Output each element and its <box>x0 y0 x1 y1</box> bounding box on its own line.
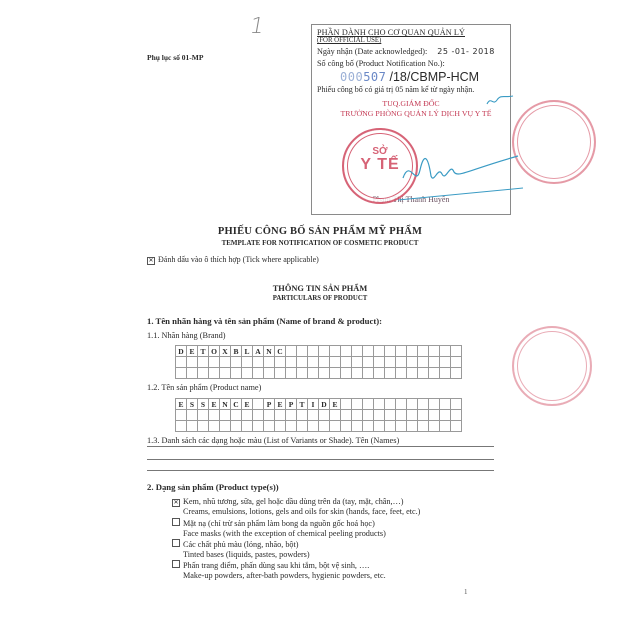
grid-cell[interactable] <box>396 399 407 410</box>
grid-cell[interactable] <box>253 399 264 410</box>
grid-cell[interactable] <box>341 357 352 368</box>
option-en: Face masks (with the exception of chemic… <box>172 529 386 539</box>
grid-cell[interactable]: D <box>319 399 330 410</box>
option-vi: Mặt nạ (chỉ trừ sản phẩm làm bong da ngu… <box>183 519 375 528</box>
grid-cell[interactable]: E <box>176 399 187 410</box>
grid-cell[interactable] <box>407 357 418 368</box>
grid-cell[interactable] <box>451 368 462 379</box>
grid-cell[interactable] <box>418 357 429 368</box>
grid-cell[interactable] <box>275 357 286 368</box>
date-row: Ngày nhận (Date acknowledged):25 -01- 20… <box>317 47 505 56</box>
date-value: 25 -01- 2018 <box>437 47 495 56</box>
section1-heading: 1. Tên nhãn hàng và tên sản phẩm (Name o… <box>147 316 382 326</box>
product-name-char-grid[interactable]: ESSENCEPEPTIDE <box>175 398 462 432</box>
grid-cell[interactable] <box>297 421 308 432</box>
brand-label: 1.1. Nhãn hàng (Brand) <box>147 331 226 340</box>
grid-cell[interactable] <box>253 368 264 379</box>
grid-cell[interactable] <box>352 399 363 410</box>
grid-cell[interactable]: S <box>198 399 209 410</box>
grid-cell[interactable] <box>418 410 429 421</box>
product-type-option: Phấn trang điểm, phấn dùng sau khi tắm, … <box>172 560 386 581</box>
grid-cell[interactable] <box>396 368 407 379</box>
grid-cell[interactable]: E <box>275 399 286 410</box>
grid-cell[interactable] <box>253 421 264 432</box>
grid-cell[interactable] <box>374 410 385 421</box>
grid-cell[interactable]: N <box>220 399 231 410</box>
grid-cell[interactable] <box>209 357 220 368</box>
grid-cell[interactable]: E <box>187 346 198 357</box>
grid-cell[interactable] <box>341 346 352 357</box>
grid-cell[interactable] <box>264 368 275 379</box>
grid-cell[interactable] <box>374 346 385 357</box>
grid-cell[interactable] <box>440 410 451 421</box>
grid-cell[interactable] <box>220 357 231 368</box>
grid-cell[interactable] <box>242 410 253 421</box>
grid-cell[interactable] <box>319 421 330 432</box>
grid-cell[interactable] <box>231 421 242 432</box>
grid-cell[interactable] <box>275 421 286 432</box>
variants-line-1[interactable] <box>147 446 494 447</box>
grid-cell[interactable]: D <box>176 346 187 357</box>
grid-cell[interactable] <box>363 399 374 410</box>
grid-cell[interactable] <box>363 368 374 379</box>
grid-cell[interactable] <box>253 410 264 421</box>
grid-cell[interactable] <box>418 399 429 410</box>
grid-cell[interactable] <box>264 357 275 368</box>
grid-cell[interactable] <box>440 346 451 357</box>
grid-cell[interactable] <box>187 421 198 432</box>
grid-cell[interactable] <box>286 410 297 421</box>
checked-box-icon[interactable]: ✕ <box>172 499 180 507</box>
grid-cell[interactable]: P <box>264 399 275 410</box>
date-label: Ngày nhận (Date acknowledged): <box>317 47 427 56</box>
grid-cell[interactable] <box>451 399 462 410</box>
grid-cell[interactable] <box>385 368 396 379</box>
grid-cell[interactable] <box>352 410 363 421</box>
checkbox-icon[interactable] <box>172 560 180 568</box>
edge-seal-stamp-middle <box>512 326 592 406</box>
grid-cell[interactable] <box>330 368 341 379</box>
grid-cell[interactable] <box>264 421 275 432</box>
initials-icon <box>485 94 515 108</box>
grid-cell[interactable] <box>209 368 220 379</box>
grid-cell[interactable] <box>220 410 231 421</box>
grid-cell[interactable] <box>198 368 209 379</box>
grid-cell[interactable] <box>385 399 396 410</box>
annex-label: Phụ lục số 01-MP <box>147 53 203 62</box>
grid-cell[interactable]: C <box>231 399 242 410</box>
grid-cell[interactable] <box>330 346 341 357</box>
notification-digits: 507 <box>363 70 386 84</box>
grid-cell[interactable] <box>341 399 352 410</box>
grid-cell[interactable] <box>187 410 198 421</box>
grid-cell[interactable] <box>352 357 363 368</box>
grid-cell[interactable] <box>220 421 231 432</box>
signer-title: TUQ.GIÁM ĐỐC <box>317 100 505 109</box>
document-subtitle: TEMPLATE FOR NOTIFICATION OF COSMETIC PR… <box>0 239 640 247</box>
grid-cell[interactable] <box>352 421 363 432</box>
grid-cell[interactable] <box>363 357 374 368</box>
grid-cell[interactable] <box>440 399 451 410</box>
grid-cell[interactable] <box>374 399 385 410</box>
grid-cell[interactable] <box>231 357 242 368</box>
document-title: PHIẾU CÔNG BỐ SẢN PHẨM MỸ PHẨM <box>0 226 640 237</box>
product-type-option: Mặt nạ (chỉ trừ sản phẩm làm bong da ngu… <box>172 518 386 539</box>
grid-cell[interactable] <box>297 346 308 357</box>
grid-cell[interactable] <box>242 357 253 368</box>
option-vi: Các chất phủ màu (lỏng, nhão, bột) <box>183 540 299 549</box>
grid-cell[interactable] <box>297 410 308 421</box>
grid-cell[interactable] <box>451 410 462 421</box>
grid-cell[interactable] <box>429 357 440 368</box>
grid-cell[interactable] <box>451 357 462 368</box>
grid-cell[interactable] <box>209 410 220 421</box>
grid-cell[interactable] <box>297 368 308 379</box>
grid-cell[interactable] <box>363 421 374 432</box>
grid-cell[interactable] <box>308 357 319 368</box>
page-number: 1 <box>464 588 468 596</box>
grid-cell[interactable] <box>231 410 242 421</box>
grid-cell[interactable]: T <box>198 346 209 357</box>
grid-cell[interactable] <box>176 368 187 379</box>
grid-cell[interactable] <box>198 410 209 421</box>
grid-cell[interactable]: I <box>308 399 319 410</box>
grid-cell[interactable] <box>187 357 198 368</box>
grid-cell[interactable] <box>297 357 308 368</box>
grid-cell[interactable] <box>440 357 451 368</box>
official-box-subtitle: (FOR OFFICIAL USE) <box>317 37 505 45</box>
grid-cell[interactable] <box>407 410 418 421</box>
grid-cell[interactable] <box>319 346 330 357</box>
variants-line-2[interactable] <box>147 459 494 460</box>
grid-cell[interactable]: L <box>242 346 253 357</box>
grid-cell[interactable] <box>176 410 187 421</box>
option-en: Creams, emulsions, lotions, gels and oil… <box>172 507 420 517</box>
signature-icon <box>398 148 528 208</box>
grid-cell[interactable]: A <box>253 346 264 357</box>
grid-cell[interactable] <box>253 357 264 368</box>
grid-cell[interactable] <box>187 368 198 379</box>
notification-prefix: 000 <box>340 70 363 84</box>
checkbox-icon[interactable] <box>172 539 180 547</box>
grid-cell[interactable]: E <box>209 399 220 410</box>
grid-cell[interactable] <box>308 410 319 421</box>
grid-cell[interactable] <box>176 357 187 368</box>
grid-cell[interactable] <box>341 368 352 379</box>
grid-cell[interactable] <box>396 346 407 357</box>
grid-cell[interactable] <box>451 421 462 432</box>
grid-cell[interactable]: X <box>220 346 231 357</box>
tick-note-text: Đánh dấu vào ô thích hợp (Tick where app… <box>158 255 319 264</box>
grid-cell[interactable] <box>231 368 242 379</box>
checkbox-icon[interactable] <box>172 518 180 526</box>
grid-cell[interactable]: C <box>275 346 286 357</box>
grid-cell[interactable] <box>429 421 440 432</box>
brand-char-grid[interactable]: DETOXBLANC <box>175 345 462 379</box>
product-name-label: 1.2. Tên sản phẩm (Product name) <box>147 383 261 392</box>
grid-cell[interactable] <box>275 410 286 421</box>
grid-cell[interactable] <box>264 410 275 421</box>
grid-cell[interactable] <box>286 368 297 379</box>
notification-suffix: /18/CBMP-HCM <box>390 70 480 84</box>
grid-cell[interactable] <box>396 410 407 421</box>
grid-cell[interactable] <box>407 421 418 432</box>
grid-cell[interactable] <box>352 346 363 357</box>
notification-label: Số công bố (Product Notification No.): <box>317 59 505 68</box>
grid-cell[interactable]: E <box>330 399 341 410</box>
grid-cell[interactable] <box>209 421 220 432</box>
grid-cell[interactable] <box>286 346 297 357</box>
option-en: Make-up powders, after-bath powders, hyg… <box>172 571 386 581</box>
grid-cell[interactable] <box>330 421 341 432</box>
grid-cell[interactable] <box>396 421 407 432</box>
grid-cell[interactable] <box>330 410 341 421</box>
product-type-option: ✕Kem, nhũ tương, sữa, gel hoặc dầu dùng … <box>172 497 420 517</box>
grid-cell[interactable] <box>451 346 462 357</box>
handwritten-page-mark: 1 <box>248 14 266 39</box>
signer-organization: TRƯỞNG PHÒNG QUẢN LÝ DỊCH VỤ Y TẾ <box>317 110 505 119</box>
variants-label: 1.3. Danh sách các dạng hoặc màu (List o… <box>147 436 399 445</box>
grid-cell[interactable] <box>407 399 418 410</box>
grid-cell[interactable] <box>440 421 451 432</box>
grid-cell[interactable] <box>374 368 385 379</box>
grid-cell[interactable]: E <box>242 399 253 410</box>
grid-cell[interactable] <box>385 421 396 432</box>
grid-cell[interactable] <box>363 410 374 421</box>
grid-cell[interactable]: N <box>264 346 275 357</box>
grid-cell[interactable] <box>429 410 440 421</box>
grid-cell[interactable] <box>275 368 286 379</box>
option-en: Tinted bases (liquids, pastes, powders) <box>172 550 310 560</box>
grid-cell[interactable] <box>429 399 440 410</box>
grid-cell[interactable] <box>385 410 396 421</box>
checked-box-icon: ✕ <box>147 257 155 265</box>
grid-cell[interactable]: T <box>297 399 308 410</box>
section2-heading: 2. Dạng sản phẩm (Product type(s)) <box>147 482 279 492</box>
grid-cell[interactable] <box>385 357 396 368</box>
grid-cell[interactable] <box>242 368 253 379</box>
grid-cell[interactable] <box>418 368 429 379</box>
grid-cell[interactable] <box>396 357 407 368</box>
grid-cell[interactable] <box>407 368 418 379</box>
grid-cell[interactable] <box>242 421 253 432</box>
grid-cell[interactable] <box>308 368 319 379</box>
grid-cell[interactable] <box>363 346 374 357</box>
validity-note: Phiếu công bố có giá trị 05 năm kể từ ng… <box>317 85 505 94</box>
notification-number: 000507 /18/CBMP-HCM <box>340 70 505 85</box>
grid-cell[interactable] <box>286 421 297 432</box>
grid-cell[interactable] <box>319 410 330 421</box>
grid-cell[interactable]: S <box>187 399 198 410</box>
grid-cell[interactable] <box>429 346 440 357</box>
grid-cell[interactable] <box>385 346 396 357</box>
grid-cell[interactable]: B <box>231 346 242 357</box>
grid-cell[interactable] <box>308 421 319 432</box>
option-vi: Phấn trang điểm, phấn dùng sau khi tắm, … <box>183 561 369 570</box>
product-type-option: Các chất phủ màu (lỏng, nhão, bột)Tinted… <box>172 539 310 560</box>
variants-line-3[interactable] <box>147 470 494 471</box>
grid-cell[interactable] <box>407 346 418 357</box>
grid-cell[interactable] <box>308 346 319 357</box>
option-vi: Kem, nhũ tương, sữa, gel hoặc dầu dùng t… <box>183 497 403 506</box>
grid-cell[interactable] <box>341 421 352 432</box>
grid-cell[interactable] <box>319 357 330 368</box>
grid-cell[interactable] <box>352 368 363 379</box>
section-title: THÔNG TIN SẢN PHẨM <box>0 284 640 293</box>
grid-cell[interactable] <box>429 368 440 379</box>
grid-cell[interactable] <box>418 421 429 432</box>
tick-note: ✕Đánh dấu vào ô thích hợp (Tick where ap… <box>147 255 319 265</box>
grid-cell[interactable] <box>319 368 330 379</box>
section-subtitle: PARTICULARS OF PRODUCT <box>0 295 640 302</box>
official-box-title: PHẦN DÀNH CHO CƠ QUAN QUẢN LÝ <box>317 28 505 37</box>
grid-cell[interactable] <box>418 346 429 357</box>
grid-cell[interactable] <box>286 357 297 368</box>
grid-cell[interactable] <box>374 357 385 368</box>
grid-cell[interactable] <box>220 368 231 379</box>
grid-cell[interactable] <box>198 421 209 432</box>
grid-cell[interactable] <box>176 421 187 432</box>
grid-cell[interactable] <box>330 357 341 368</box>
grid-cell[interactable] <box>198 357 209 368</box>
grid-cell[interactable]: P <box>286 399 297 410</box>
grid-cell[interactable]: O <box>209 346 220 357</box>
grid-cell[interactable] <box>374 421 385 432</box>
grid-cell[interactable] <box>341 410 352 421</box>
grid-cell[interactable] <box>440 368 451 379</box>
